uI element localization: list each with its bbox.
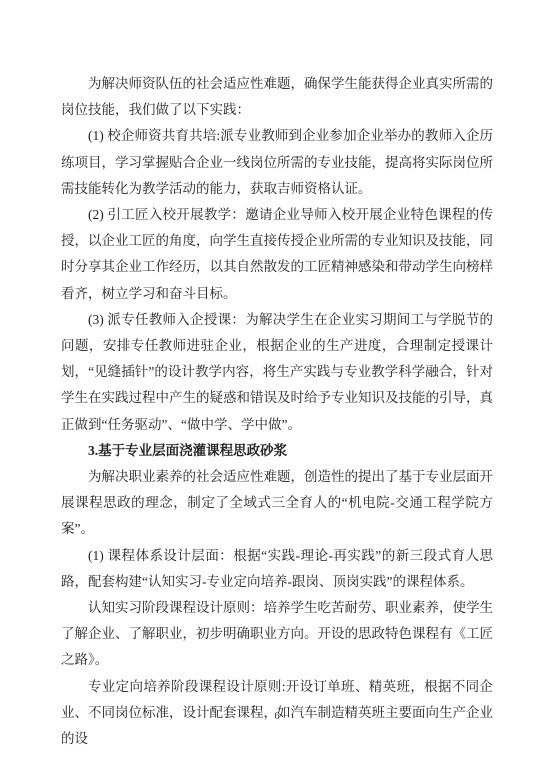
document-page: 为解决师资队伍的社会适应性难题，确保学生能获得企业真实所需的岗位技能，我们做了以…	[0, 0, 554, 784]
paragraph: (2) 引工匠入校开展教学：邀请企业导师入校开展企业特色课程的传授，以企业工匠的…	[61, 202, 493, 307]
paragraph: 认知实习阶段课程设计原则：培养学生吃苦耐劳、职业素养，使学生了解企业、了解职业，…	[61, 595, 493, 674]
paragraph: (3) 派专任教师入企授课：为解决学生在企业实习期间工与学脱节的问题，安排专任教…	[61, 307, 493, 438]
document-body: 为解决师资队伍的社会适应性难题，确保学生能获得企业真实所需的岗位技能，我们做了以…	[61, 71, 493, 752]
paragraph: 为解决职业素养的社会适应性难题，创造性的提出了基于专业层面开展课程思政的理念，制…	[61, 464, 493, 543]
paragraph: (1) 校企师资共育共培:派专业教师到企业参加企业举办的教师入企历练项目，学习掌…	[61, 123, 493, 202]
paragraph: (1) 课程体系设计层面：根据“实践-理论-再实践”的新三段式育人思路，配套构建…	[61, 543, 493, 595]
paragraph: 为解决师资队伍的社会适应性难题，确保学生能获得企业真实所需的岗位技能，我们做了以…	[61, 71, 493, 123]
page-number: 6	[0, 711, 554, 722]
section-heading: 3.基于专业层面浇灌课程思政砂浆	[61, 438, 493, 464]
